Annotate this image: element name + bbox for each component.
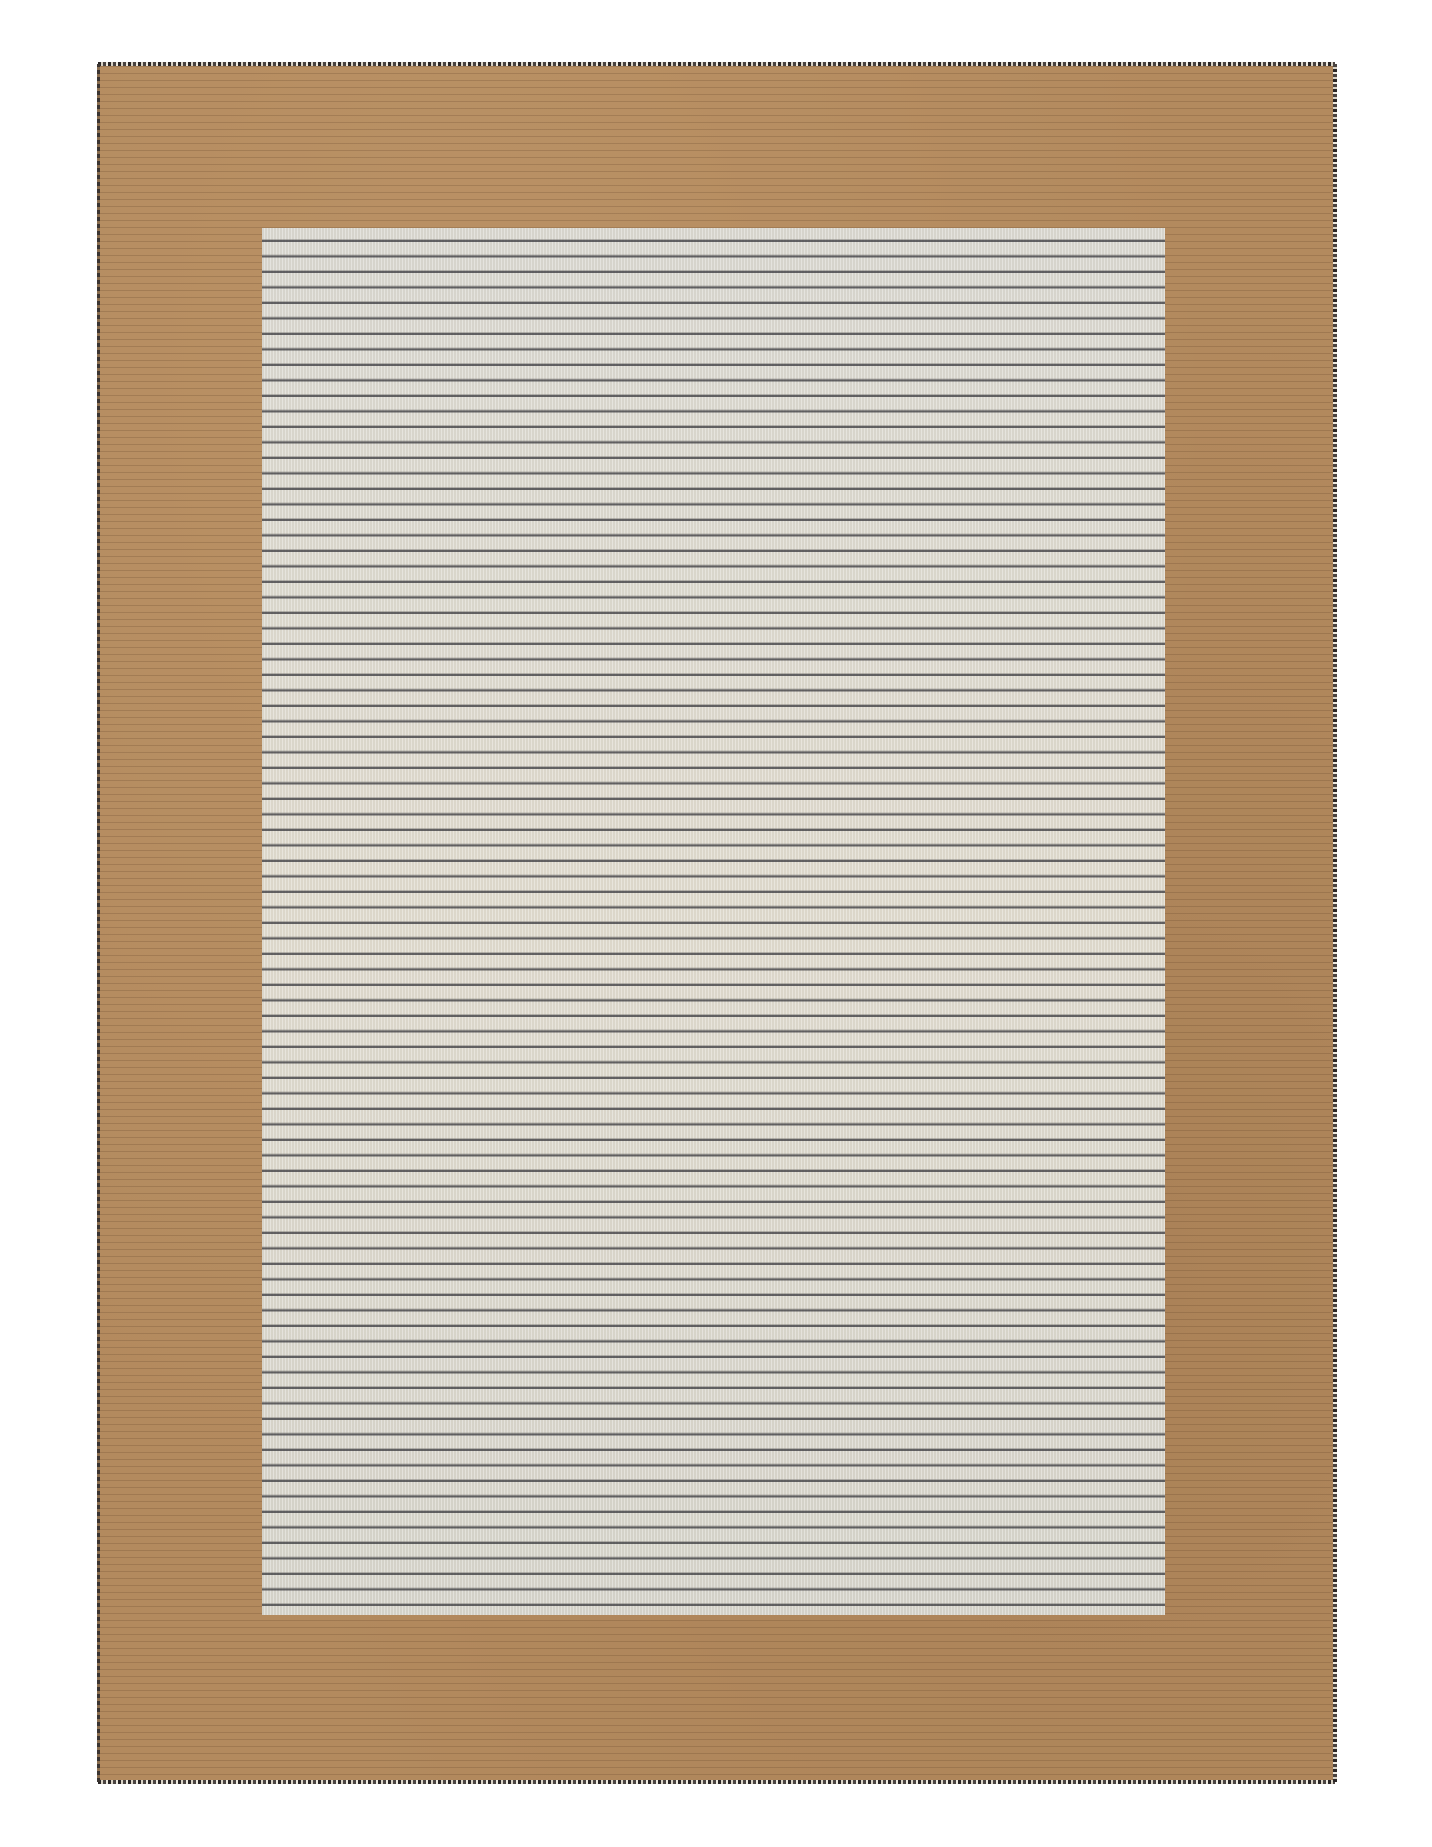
rug-striped-field [262,228,1165,1615]
rug-top-edge [98,62,1335,66]
rug-bottom-edge [98,1780,1335,1784]
rug [98,64,1335,1782]
rug-left-edge [97,64,100,1782]
rug-right-edge [1333,64,1337,1782]
